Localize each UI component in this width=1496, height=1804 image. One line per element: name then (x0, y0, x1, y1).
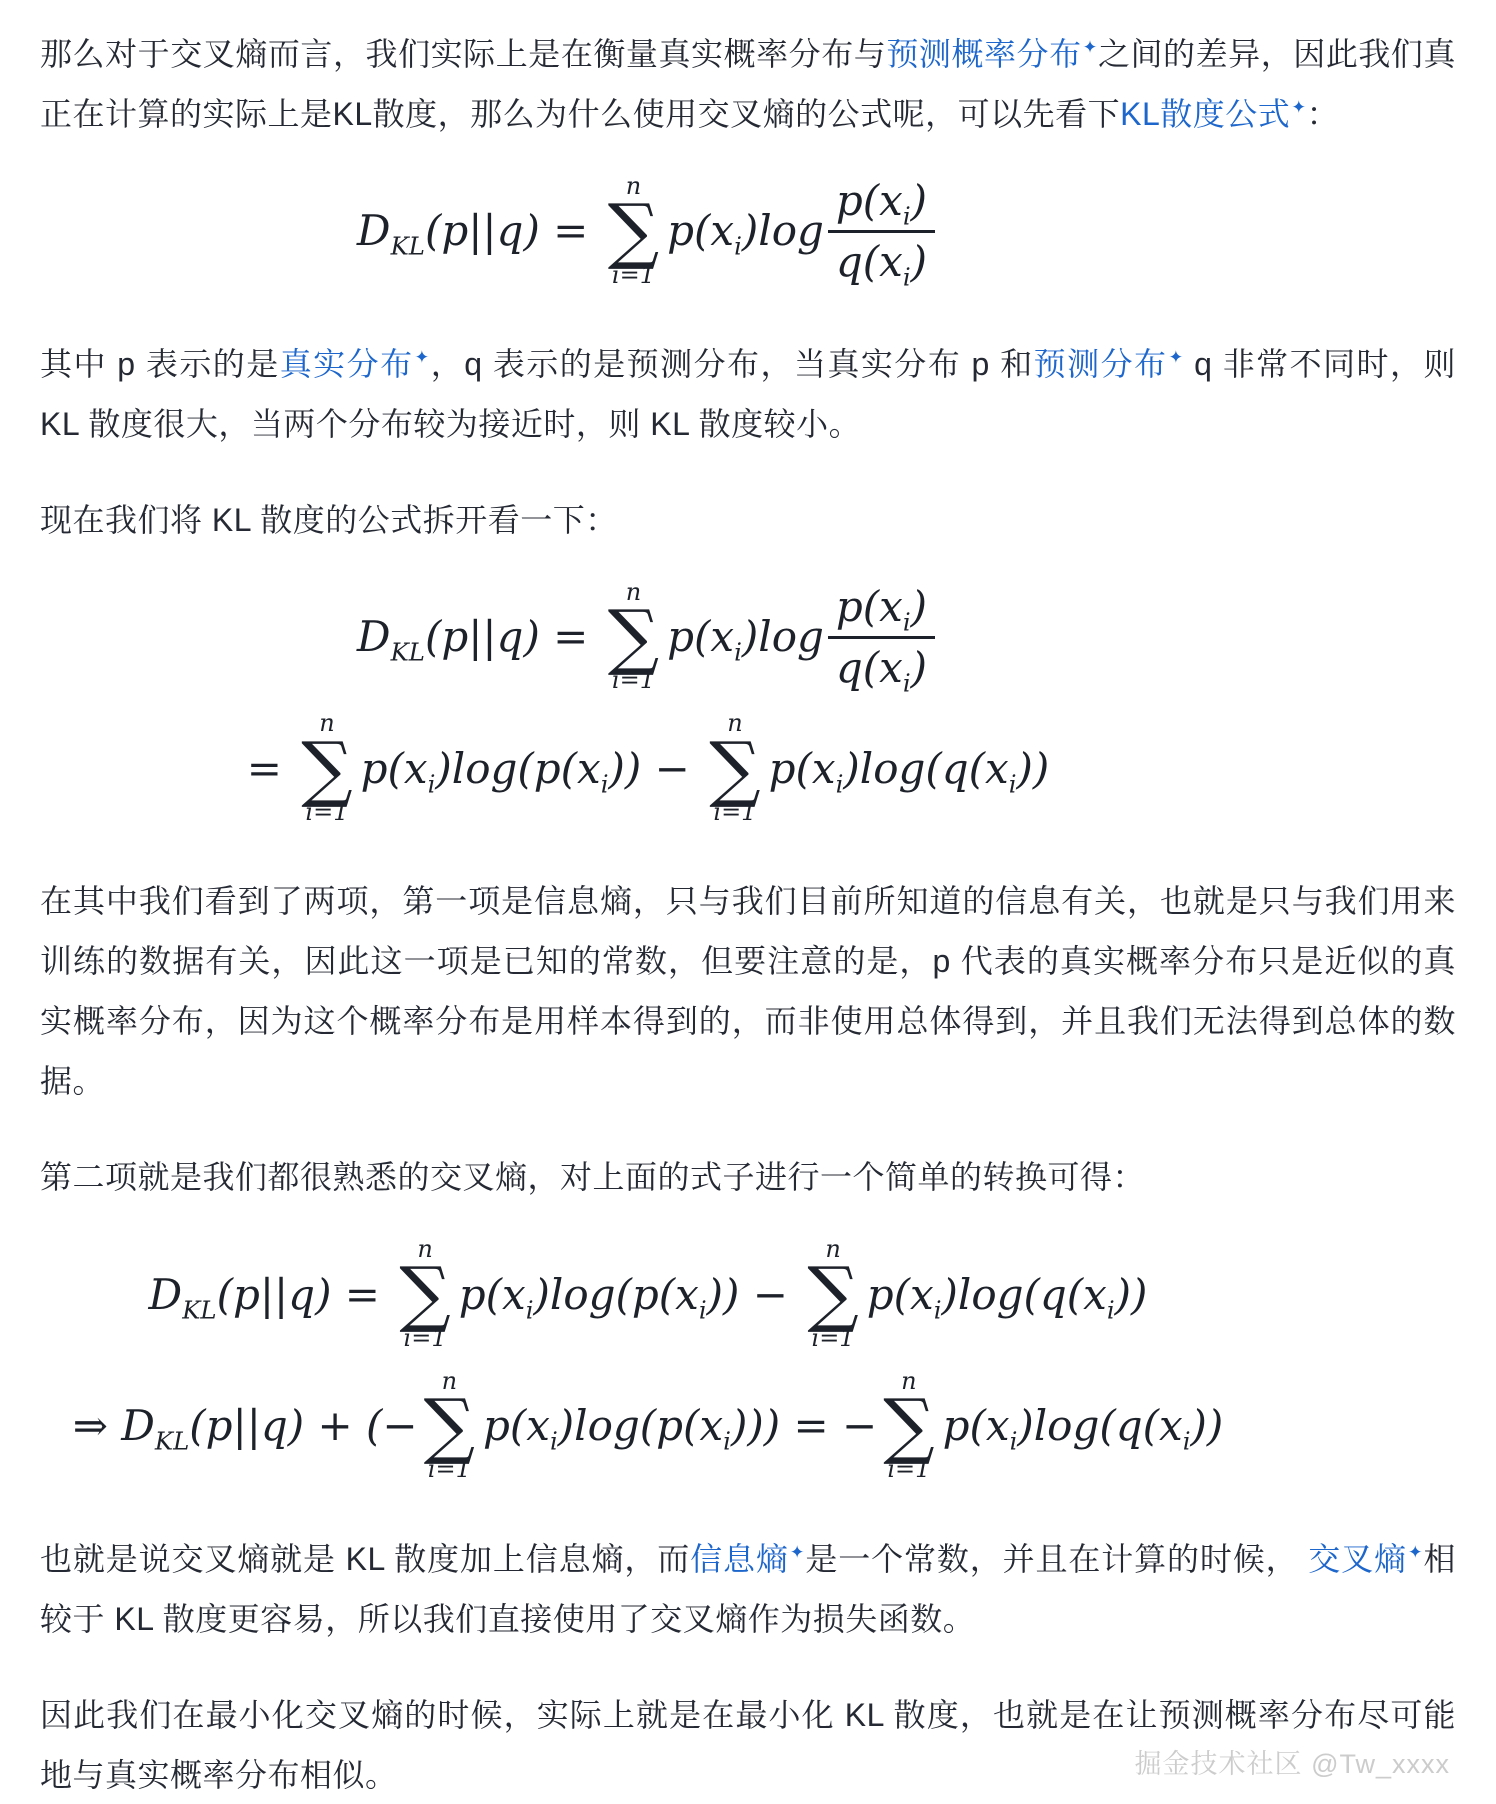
fraction: p(xi)q(xi) (828, 176, 935, 286)
sparkle-icon: ✦ (415, 347, 430, 367)
paragraph-expand-intro: 现在我们将 KL 散度的公式拆开看一下： (40, 490, 1456, 550)
summation-symbol: n∑i=1 (424, 1369, 475, 1483)
entity-link[interactable]: 预测分布✦ (1034, 346, 1184, 382)
entity-link[interactable]: 交叉熵✦ (1308, 1541, 1423, 1577)
summation-symbol: n∑i=1 (608, 174, 659, 288)
sparkle-icon: ✦ (1291, 97, 1306, 117)
entity-link[interactable]: 信息熵✦ (690, 1541, 805, 1577)
summation-symbol: n∑i=1 (709, 711, 760, 825)
paragraph-conclusion-entropy: 也就是说交叉熵就是 KL 散度加上信息熵，而信息熵✦是一个常数，并且在计算的时候… (40, 1529, 1456, 1649)
formula-line: DKL(p||q) = n∑i=1p(xi)log(p(xi)) − n∑i=1… (40, 1237, 1456, 1351)
summation-symbol: n∑i=1 (807, 1237, 858, 1351)
fraction: p(xi)q(xi) (828, 582, 935, 692)
summation-symbol: n∑i=1 (399, 1237, 450, 1351)
formula-kl-definition: DKL(p||q) = n∑i=1p(xi)logp(xi)q(xi) (40, 174, 1456, 288)
formula-line: = n∑i=1p(xi)log(p(xi)) − n∑i=1p(xi)log(q… (40, 711, 1456, 825)
formula-line: DKL(p||q) = n∑i=1p(xi)logp(xi)q(xi) (40, 174, 1456, 288)
summation-symbol: n∑i=1 (301, 711, 352, 825)
formula-kl-expanded: DKL(p||q) = n∑i=1p(xi)logp(xi)q(xi) = n∑… (40, 580, 1456, 825)
sparkle-icon: ✦ (1083, 37, 1098, 57)
summation-symbol: n∑i=1 (608, 580, 659, 694)
entity-link[interactable]: 预测概率分布✦ (886, 36, 1098, 72)
formula-line: DKL(p||q) = n∑i=1p(xi)logp(xi)q(xi) (40, 580, 1456, 694)
article-body: 那么对于交叉熵而言，我们实际上是在衡量真实概率分布与预测概率分布✦之间的差异，因… (0, 0, 1496, 1804)
paragraph-p-q-explain: 其中 p 表示的是真实分布✦，q 表示的是预测分布，当真实分布 p 和预测分布✦… (40, 334, 1456, 454)
article-page: 那么对于交叉熵而言，我们实际上是在衡量真实概率分布与预测概率分布✦之间的差异，因… (0, 0, 1496, 1804)
summation-symbol: n∑i=1 (883, 1369, 934, 1483)
sparkle-icon: ✦ (1408, 1542, 1423, 1562)
paragraph-two-terms: 在其中我们看到了两项，第一项是信息熵，只与我们目前所知道的信息有关，也就是只与我… (40, 871, 1456, 1111)
watermark: 掘金技术社区 @Tw_xxxx (1135, 1742, 1450, 1781)
paragraph-second-term: 第二项就是我们都很熟悉的交叉熵，对上面的式子进行一个简单的转换可得： (40, 1147, 1456, 1207)
paragraph-intro: 那么对于交叉熵而言，我们实际上是在衡量真实概率分布与预测概率分布✦之间的差异，因… (40, 24, 1456, 144)
entity-link[interactable]: 真实分布✦ (280, 346, 430, 382)
formula-line: ⇒ DKL(p||q) + (−n∑i=1p(xi)log(p(xi))) = … (40, 1369, 1456, 1483)
formula-cross-entropy-derivation: DKL(p||q) = n∑i=1p(xi)log(p(xi)) − n∑i=1… (40, 1237, 1456, 1482)
entity-link[interactable]: KL散度公式✦ (1120, 96, 1306, 132)
sparkle-icon: ✦ (1168, 347, 1183, 367)
sparkle-icon: ✦ (790, 1542, 805, 1562)
